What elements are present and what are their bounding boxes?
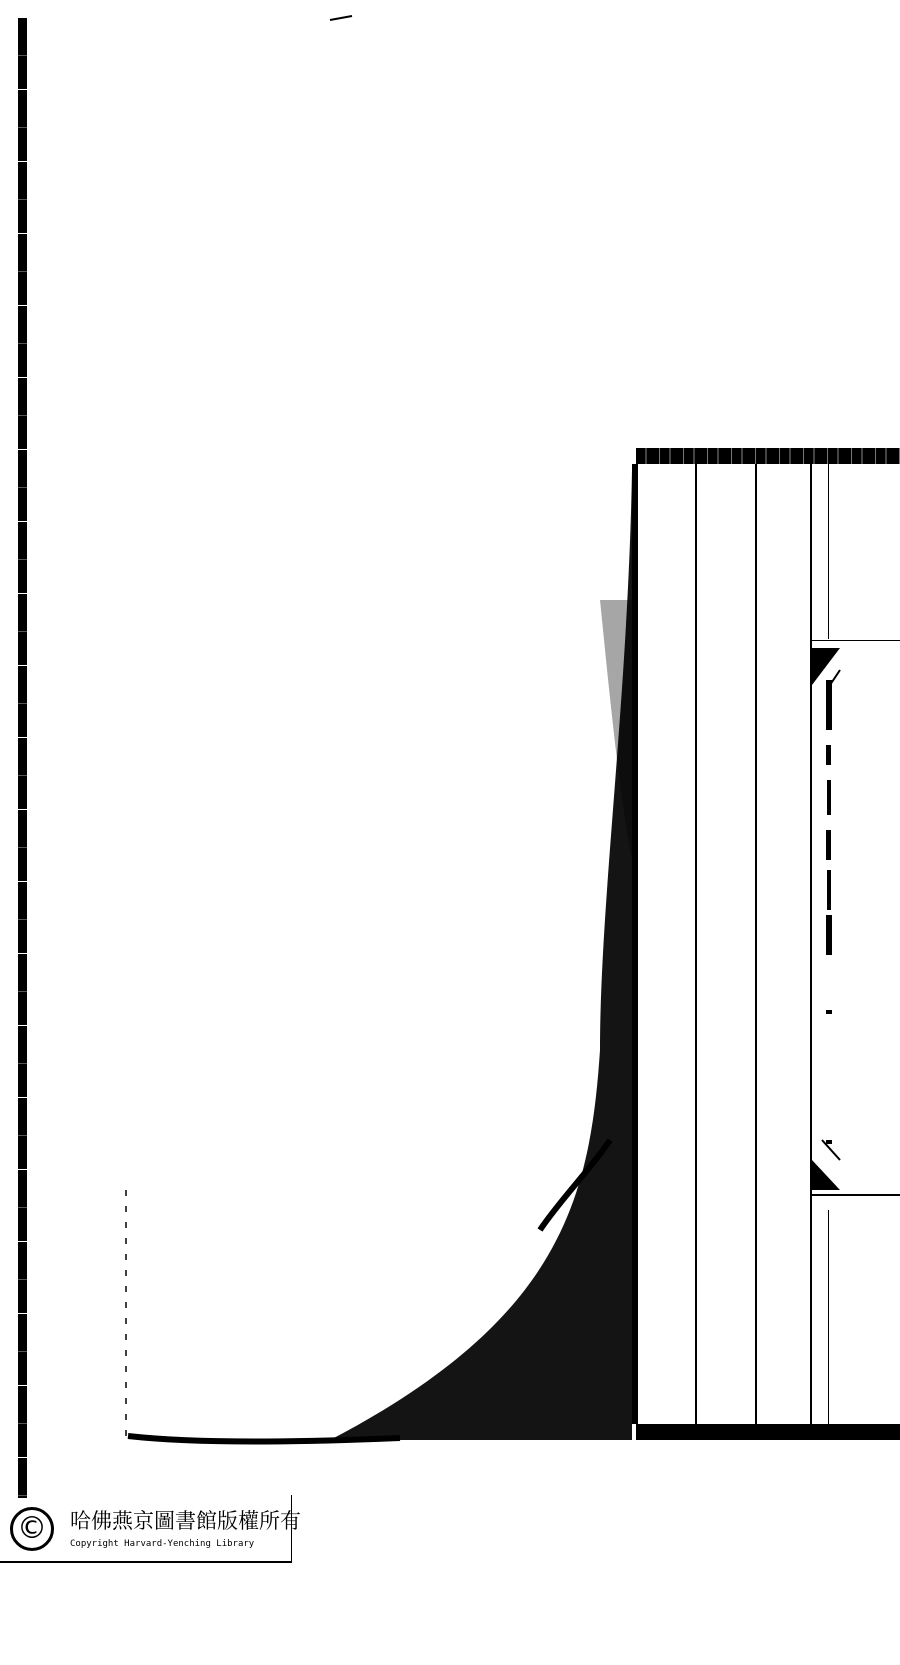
frame-top-border [636, 448, 900, 464]
frame-left-border [632, 464, 638, 1424]
title-character [826, 680, 832, 730]
title-character [826, 745, 831, 765]
column-rule [828, 1210, 829, 1424]
copyright-side-rule [291, 1495, 292, 1563]
page-shadow [0, 0, 900, 1665]
title-character [826, 915, 832, 955]
title-character [826, 830, 831, 860]
copyright-holder-english: Copyright Harvard-Yenching Library [70, 1539, 254, 1549]
copyright-stamp: © 哈佛燕京圖書館版權所有 Copyright Harvard-Yenching… [0, 1495, 300, 1565]
copyright-symbol-icon: © [10, 1507, 54, 1551]
column-rule [695, 464, 697, 1424]
frame-bottom-border [636, 1424, 900, 1440]
title-character [826, 1010, 832, 1014]
title-character [827, 780, 831, 815]
title-character [826, 1140, 832, 1144]
copyright-underline [0, 1561, 292, 1563]
copyright-holder-chinese: 哈佛燕京圖書館版權所有 [70, 1505, 301, 1535]
title-character [827, 870, 831, 910]
scanned-page [0, 0, 900, 1665]
column-rule [828, 464, 829, 639]
column-rule [755, 464, 757, 1424]
